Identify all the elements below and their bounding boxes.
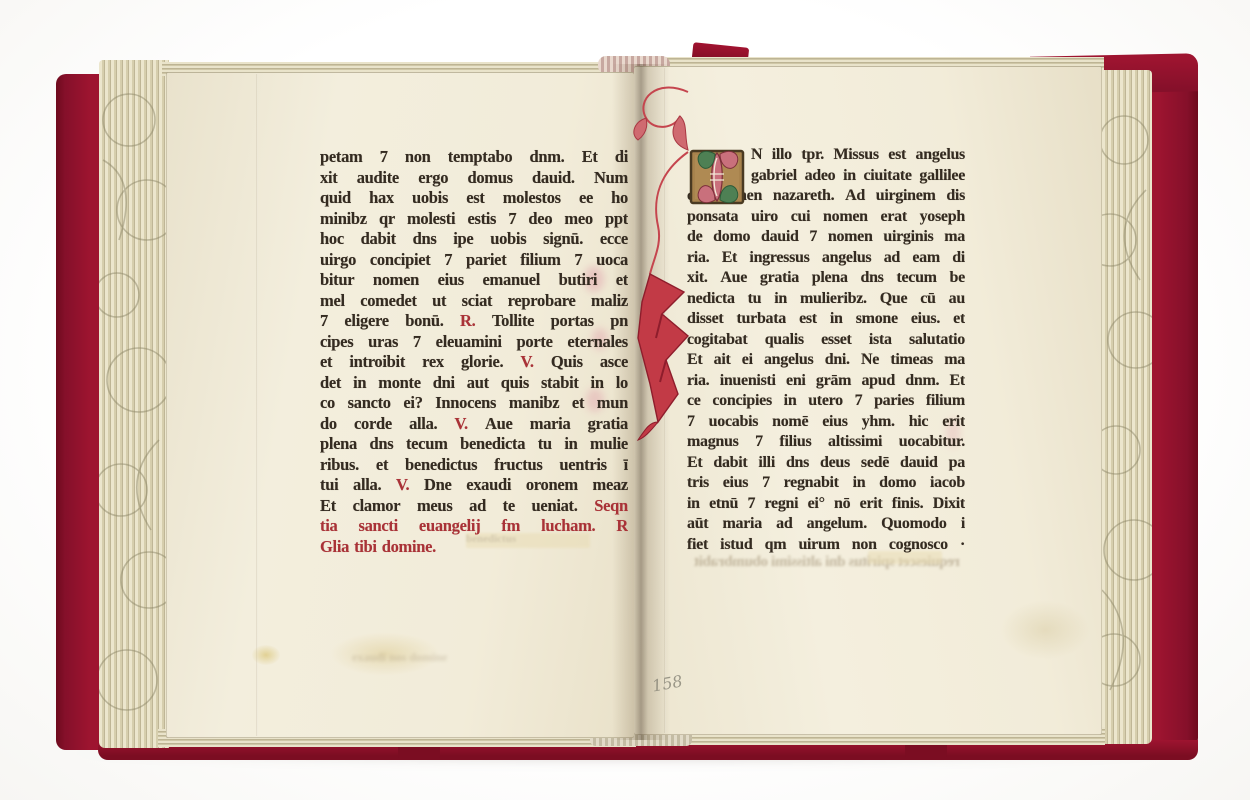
manuscript-line: uirgoconcipiet7parietfilium7uoca xyxy=(320,250,628,271)
manuscript-line: cipesuras7eleuaminiporteeternales xyxy=(320,332,628,353)
manuscript-line: melcomedetutsciatreprobaremaliz xyxy=(320,291,628,312)
manuscript-line: cosanctoei?Innocensmanibzetmun xyxy=(320,393,628,414)
page-edges-right xyxy=(1096,70,1152,744)
manuscript-line: dedomodauid7nomenuirginisma xyxy=(687,228,965,249)
manuscript-line: petam7nontemptabodnm.Etdi xyxy=(320,147,628,168)
manuscript-line: aūtmariaadangelum.Quomodoi xyxy=(687,515,965,536)
manuscript-line: hocdabitdnsipeuobissignū.ecce xyxy=(320,229,628,250)
manuscript-line: ribus.etbenedictusfructusuentrisī xyxy=(320,455,628,476)
manuscript-line: tuialla.V.Dneexaudioronemmeaz xyxy=(320,475,628,496)
manuscript-line: 7eligerebonū.R.Tolliteportaspn xyxy=(320,311,628,332)
penwork-flourish xyxy=(626,76,706,448)
manuscript-line: detinmontedniautquisstabitinlo xyxy=(320,373,628,394)
manuscript-line: magnus7filiusaltissimiuocabitur. xyxy=(687,433,965,454)
manuscript-line: ria.Etingressusangelusadeamdi xyxy=(687,249,965,270)
manuscript-line: Etdabitillidnsdeussedēdauidpa xyxy=(687,454,965,475)
manuscript-line: Gliatibidomine. xyxy=(320,537,628,558)
photo-background: benedictus exaudi nos domine requiescet … xyxy=(0,0,1250,800)
manuscript-line: biturnomeneiusemanuelbutiriet xyxy=(320,270,628,291)
manuscript-line: fietistudqmuirumnoncognosco· xyxy=(687,536,965,557)
page-crease xyxy=(256,74,258,736)
manuscript-line: triseius7regnabitindomoiacob xyxy=(687,474,965,495)
manuscript-line: Etaiteiangelusdni.Netimeasma xyxy=(687,351,965,372)
manuscript-line: tiasanctieuangelijfmlucham.R xyxy=(320,516,628,537)
fore-edge-pattern xyxy=(99,60,169,748)
manuscript-line: ceconcipiesinutero7pariesfilium xyxy=(687,392,965,413)
manuscript-line: nedictatuinmulieribz.Quecūau xyxy=(687,290,965,311)
manuscript-line: 7uocabisnomēeiusyhm.hicerit xyxy=(687,413,965,434)
manuscript-line: plenadnstecumbenedictatuinmulie xyxy=(320,434,628,455)
cover-turn-in-tab xyxy=(905,744,947,757)
manuscript-line: ria.inuenistienigrāmapuddnm.Et xyxy=(687,372,965,393)
manuscript-line: minibzqrmolestiestis7deomeoppt xyxy=(320,209,628,230)
left-text-block: petam7nontemptabodnm.Etdixitauditeergodo… xyxy=(320,147,628,557)
manuscript-line: cogitabatqualisessetistasalutatio xyxy=(687,331,965,352)
page-edges-left xyxy=(99,60,169,748)
manuscript-line: dissetturbataestinsmoneeius.et xyxy=(687,310,965,331)
manuscript-line: quidhaxuobisestmolestoseeho xyxy=(320,188,628,209)
manuscript-line: xitauditeergodomusdauid.Num xyxy=(320,168,628,189)
fore-edge-pattern xyxy=(1096,70,1152,744)
manuscript-line: xit.Auegratiaplenadnstecumbe xyxy=(687,269,965,290)
manuscript-line: etintroibitrexglorie.V.Quisasce xyxy=(320,352,628,373)
manuscript-line: Etclamormeusadteueniat.Seqn xyxy=(320,496,628,517)
manuscript-line: inetnū7regniei°nōeritfinis.Dixit xyxy=(687,495,965,516)
book-cover-right xyxy=(1144,58,1198,750)
manuscript-line: docordealla.V.Auemariagratia xyxy=(320,414,628,435)
manuscript-line: ponsatauirocuinomeneratyoseph xyxy=(687,208,965,229)
